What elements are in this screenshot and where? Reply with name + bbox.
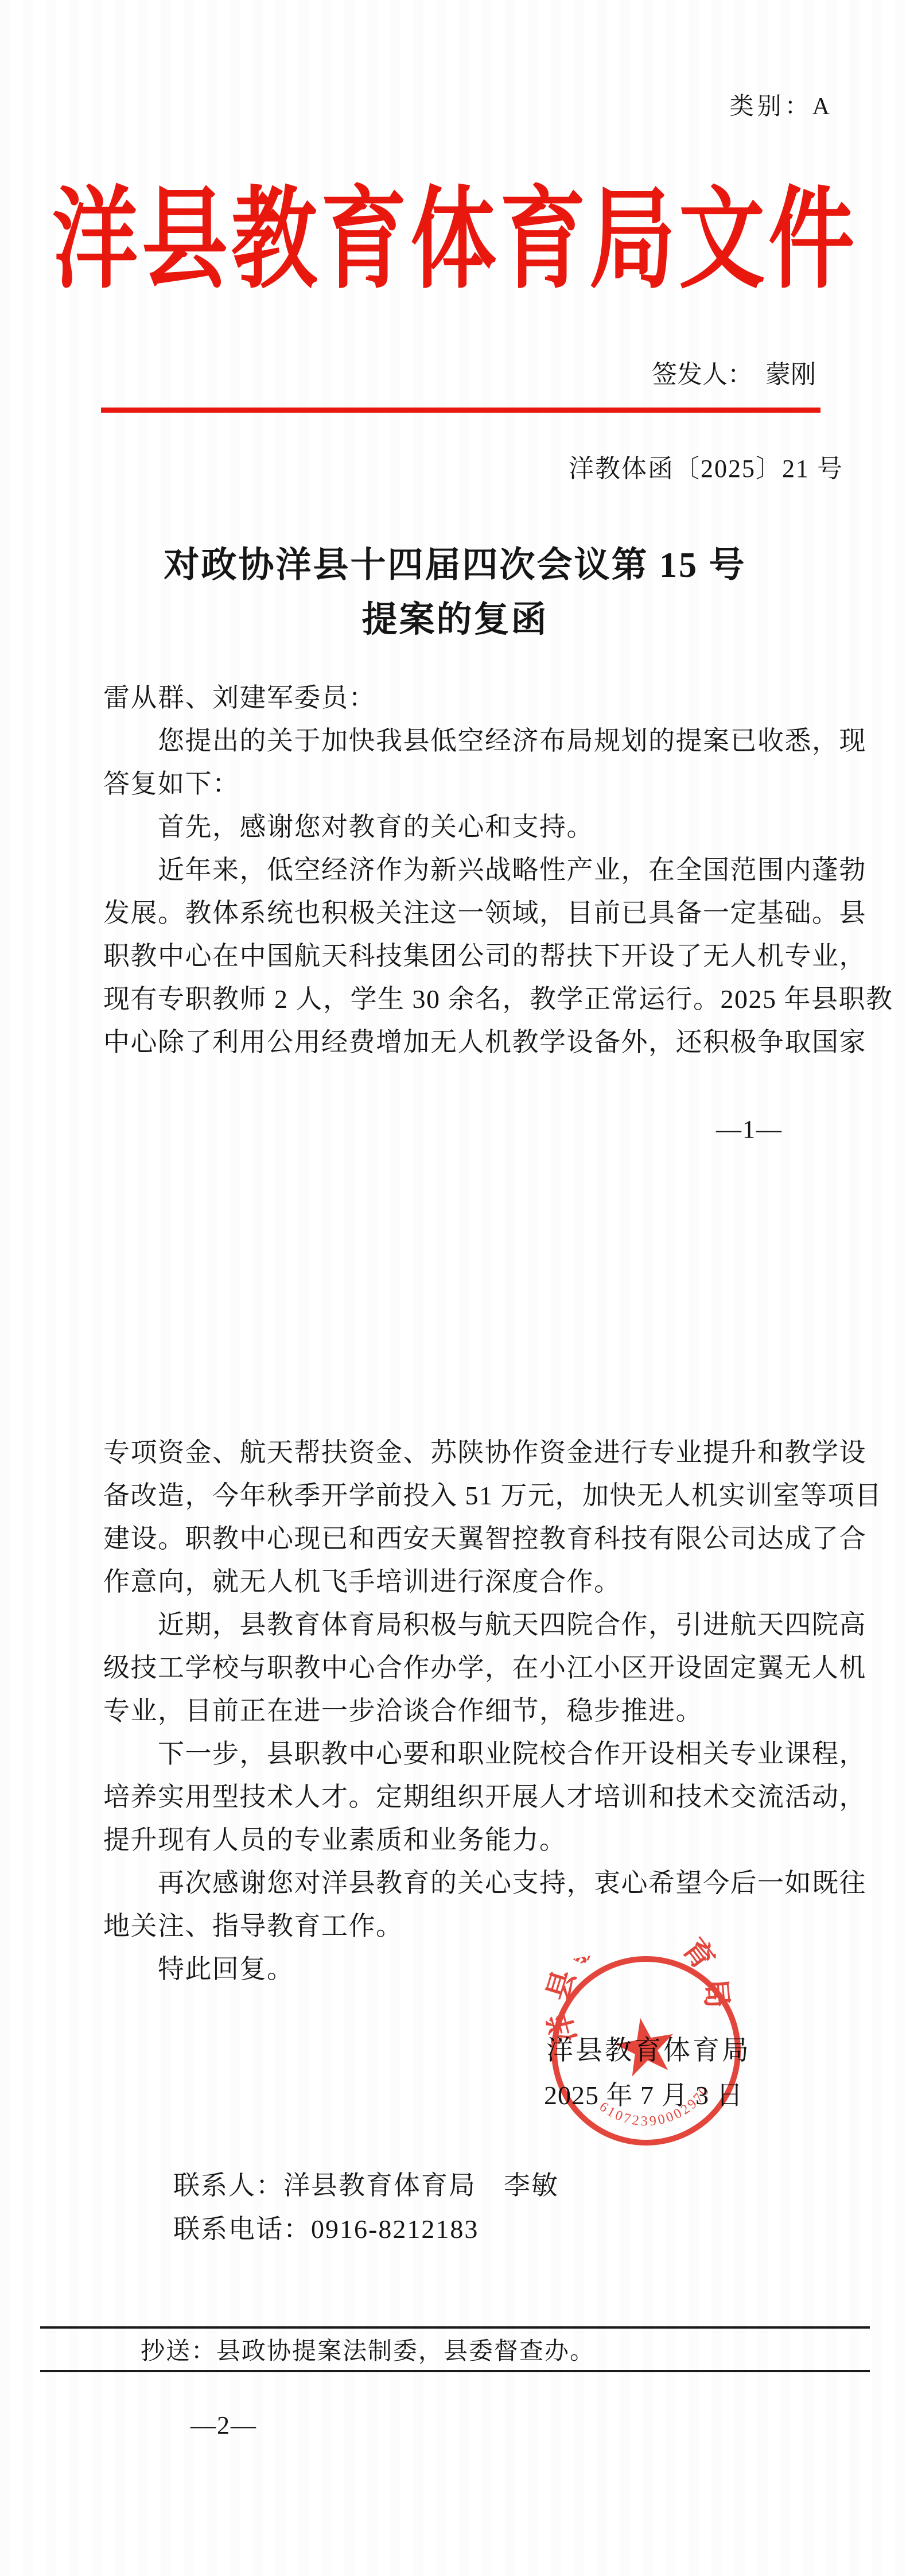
document-number: 洋教体函〔2025〕21 号 xyxy=(569,448,843,484)
page1-body: 雷从群、刘建军委员： 您提出的关于加快我县低空经济布局规划的提案已收悉，现答复如… xyxy=(103,676,815,1064)
page2-body: 专项资金、航天帮扶资金、苏陕协作资金进行专业提升和教学设备改造，今年秋季开学前投… xyxy=(103,1431,815,1991)
doc-line: 中心除了利用公用经费增加无人机教学设备外，还积极争取国家 xyxy=(103,1021,815,1064)
doc-line: 提案的复函 xyxy=(0,593,910,647)
doc-line: 对政协洋县十四届四次会议第 15 号 xyxy=(0,538,910,593)
doc-line: 近年来，低空经济作为新兴战略性产业，在全国范围内蓬勃 xyxy=(103,848,815,891)
doc-line: 建设。职教中心现已和西安天翼智控教育科技有限公司达成了合 xyxy=(103,1517,815,1560)
doc-line: 近期，县教育体育局积极与航天四院合作，引进航天四院高 xyxy=(103,1603,815,1646)
doc-line: 职教中心在中国航天科技集团公司的帮扶下开设了无人机专业， xyxy=(103,934,815,977)
contact-block: 联系人：洋县教育体育局 李敏 联系电话：0916-8212183 xyxy=(173,2164,559,2251)
official-seal-stamp: 洋县教育体育局 61072390002970 xyxy=(526,1931,765,2170)
doc-line: 培养实用型技术人才。定期组织开展人才培训和技术交流活动， xyxy=(103,1775,815,1818)
issuer-label: 签发人： xyxy=(652,360,753,389)
category-label: 类别：A xyxy=(730,87,833,122)
doc-line: 发展。教体系统也积极关注这一领域，目前已具备一定基础。县 xyxy=(103,891,815,934)
red-header-title: 洋县教育体育局文件 xyxy=(0,150,910,309)
doc-line: 答复如下： xyxy=(103,762,815,805)
doc-line: 您提出的关于加快我县低空经济布局规划的提案已收悉，现 xyxy=(103,719,815,762)
doc-line: 专项资金、航天帮扶资金、苏陕协作资金进行专业提升和教学设 xyxy=(103,1431,815,1474)
red-divider xyxy=(101,408,820,413)
issuer-line: 签发人：蒙刚 xyxy=(652,354,816,390)
doc-line: 专业，目前正在进一步洽谈合作细节，稳步推进。 xyxy=(103,1689,815,1732)
seal-code-text: 61072390002970 xyxy=(595,2081,718,2138)
page2-number: —2— xyxy=(190,2411,257,2440)
doc-line: 雷从群、刘建军委员： xyxy=(103,676,815,719)
page1-number: —1— xyxy=(716,1115,783,1144)
doc-line: 备改造，今年秋季开学前投入 51 万元，加快无人机实训室等项目 xyxy=(103,1474,815,1517)
cc-box: 抄送：县政协提案法制委，县委督查办。 xyxy=(40,2326,870,2372)
doc-line: 作意向，就无人机飞手培训进行深度合作。 xyxy=(103,1560,815,1603)
doc-line: 现有专职教师 2 人，学生 30 余名，教学正常运行。2025 年县职教 xyxy=(103,977,815,1021)
contact-person: 联系人：洋县教育体育局 李敏 xyxy=(173,2164,559,2208)
issuer-name: 蒙刚 xyxy=(765,360,816,389)
cc-line: 抄送：县政协提案法制委，县委督查办。 xyxy=(141,2332,595,2366)
doc-line: 下一步，县职教中心要和职业院校合作开设相关专业课程， xyxy=(103,1732,815,1775)
doc-line: 提升现有人员的专业素质和业务能力。 xyxy=(103,1818,815,1861)
scanned-official-document: 类别：A 洋县教育体育局文件 签发人：蒙刚 洋教体函〔2025〕21 号 对政协… xyxy=(0,0,910,2576)
doc-line: 级技工学校与职教中心合作办学，在小江小区开设固定翼无人机 xyxy=(103,1646,815,1689)
document-title: 对政协洋县十四届四次会议第 15 号提案的复函 xyxy=(0,538,910,647)
seal-star-icon xyxy=(611,2013,679,2078)
doc-line: 首先，感谢您对教育的关心和支持。 xyxy=(103,805,815,848)
contact-phone: 联系电话：0916-8212183 xyxy=(173,2208,559,2251)
doc-line: 再次感谢您对洋县教育的关心支持，衷心希望今后一如既往 xyxy=(103,1861,815,1904)
